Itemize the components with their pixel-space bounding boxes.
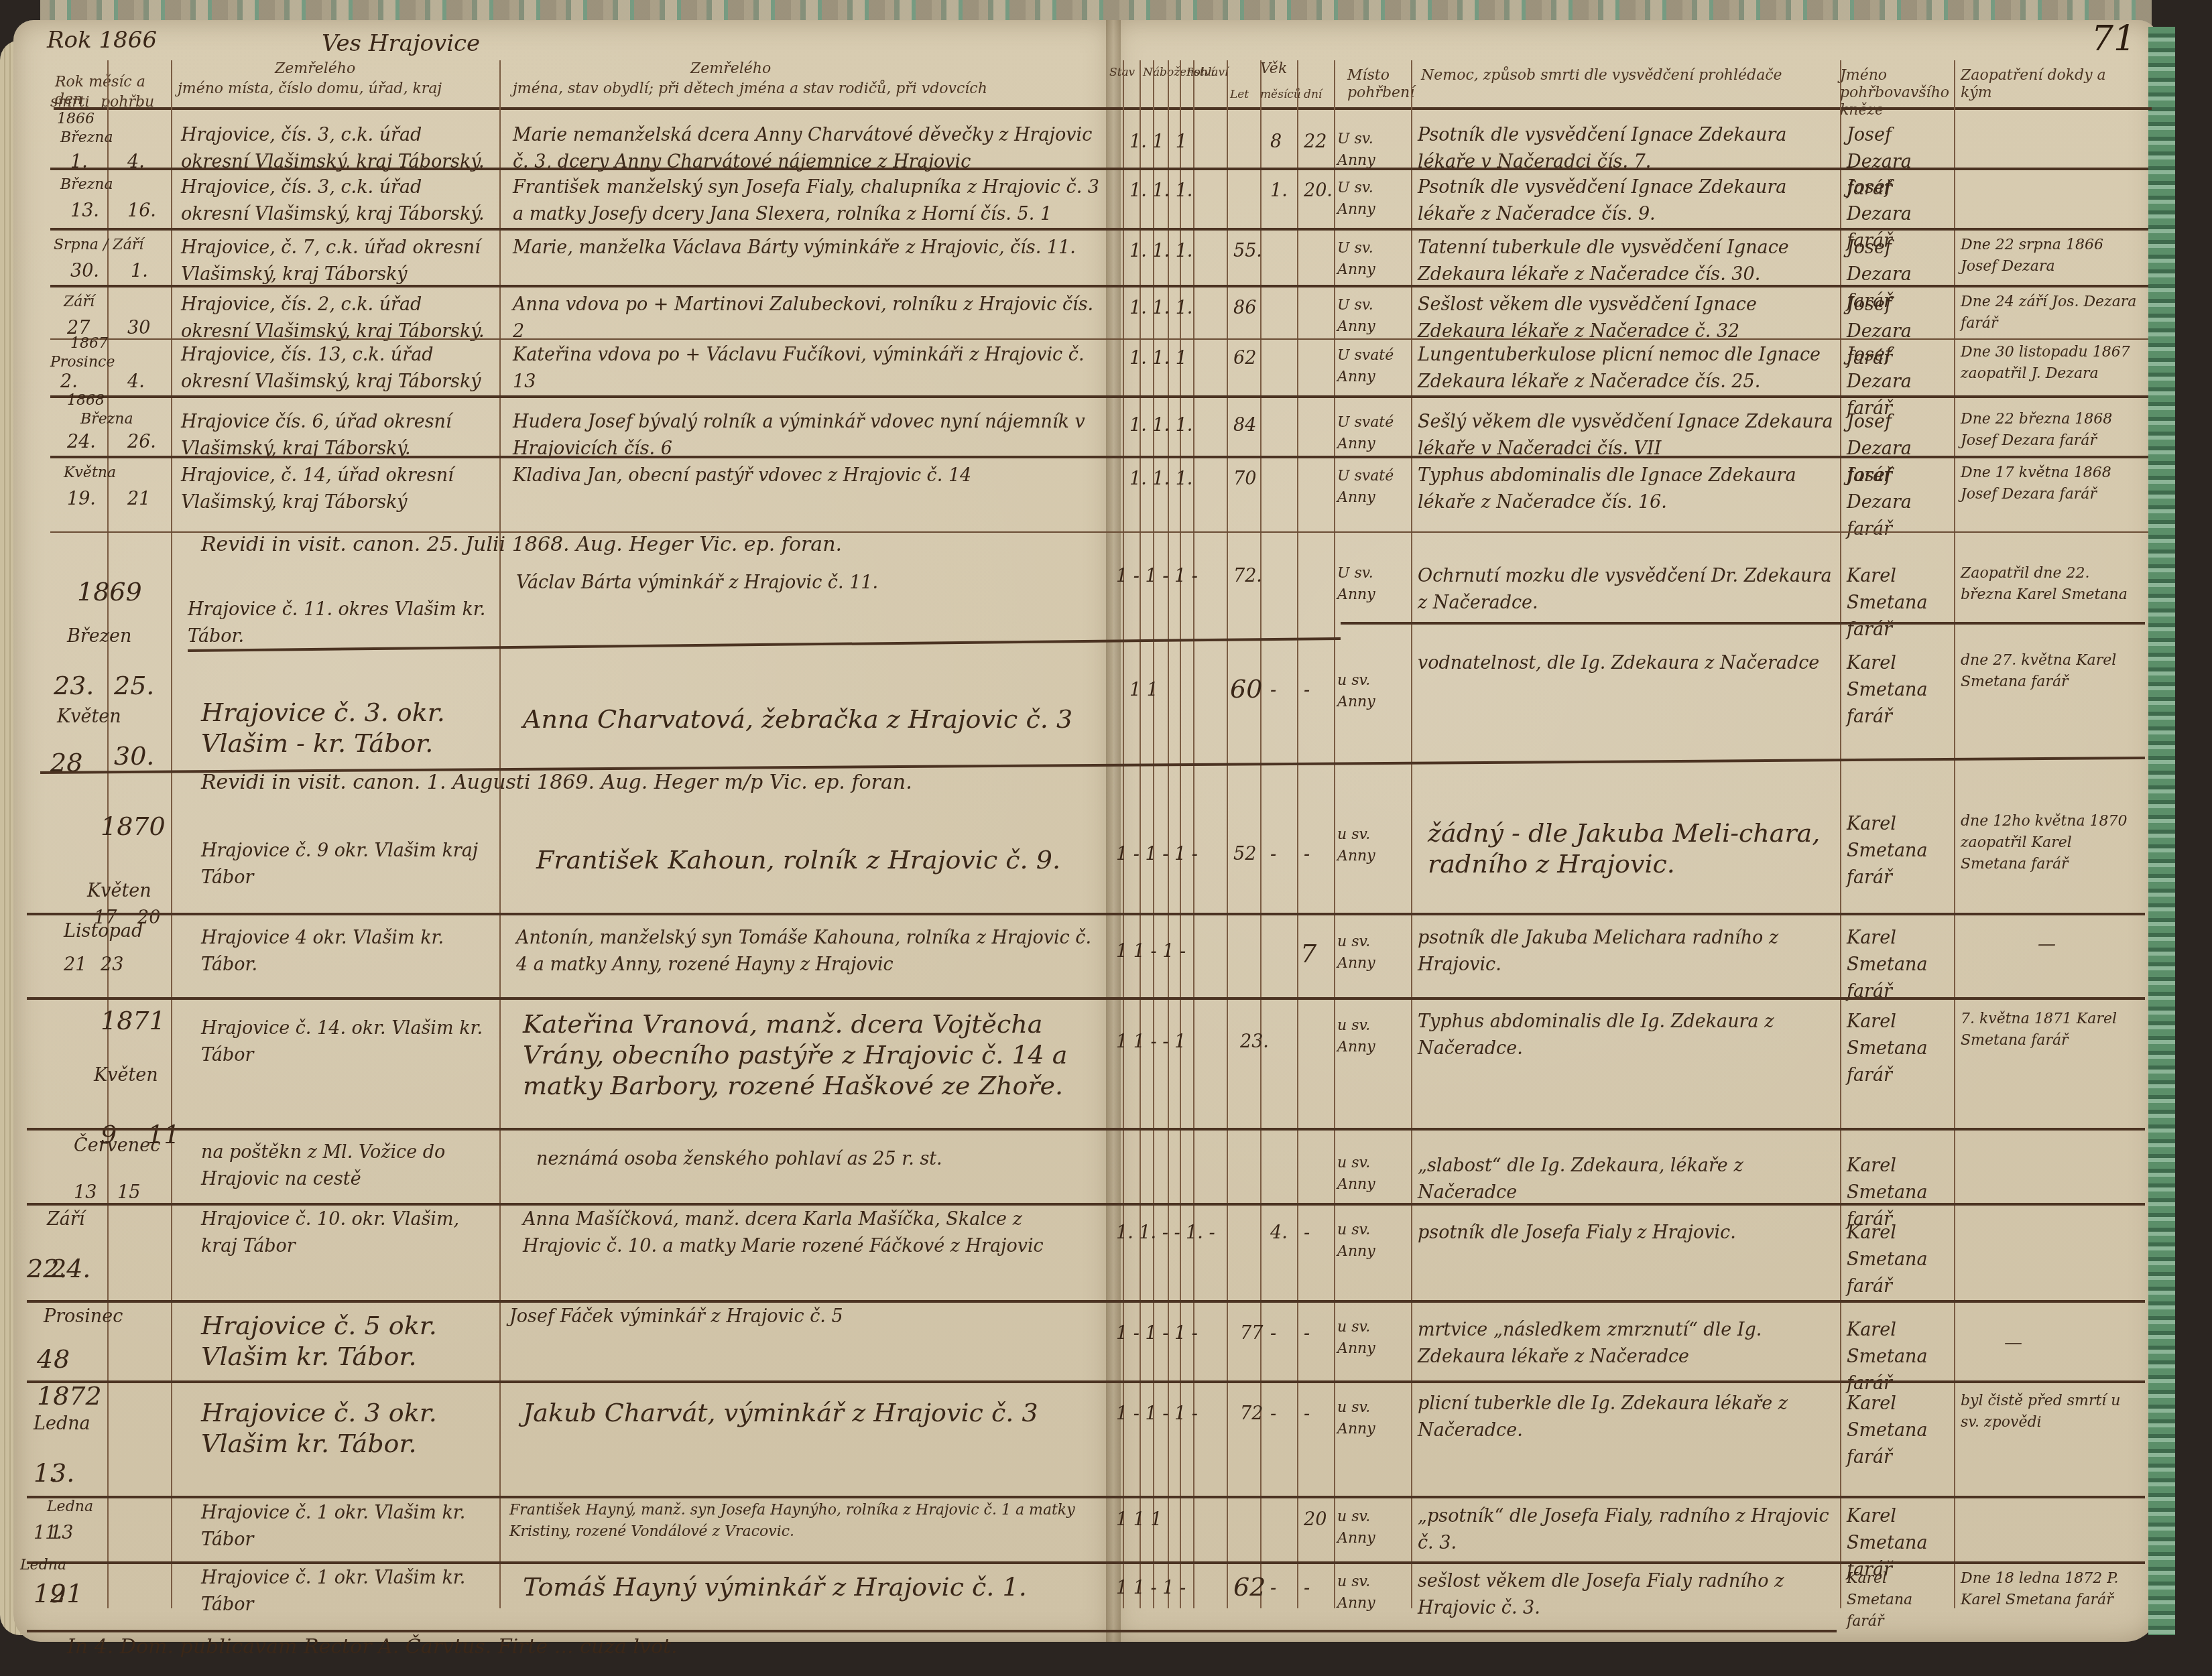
- row-rule: [27, 1380, 2145, 1383]
- entry-cause: Typhus abdominalis dle Ignace Zdekaura l…: [1418, 462, 1833, 516]
- entry-marks: 1 1 - - 1: [1116, 1029, 1186, 1055]
- entry-name: Václav Bárta výminkář z Hrajovic č. 11.: [516, 570, 1099, 596]
- entry-cause: plicní tuberkle dle Ig. Zdekaura lékaře …: [1418, 1391, 1833, 1444]
- entry-marks: 1 - 1 - 1 -: [1116, 1320, 1198, 1347]
- entry-marks: 1 1 1: [1116, 1506, 1162, 1533]
- entry-burial-place: u sv. Anny: [1337, 1015, 1404, 1058]
- entry-death-day: 24.: [67, 429, 96, 456]
- village-heading: Ves Hrajovice: [322, 30, 480, 57]
- entry-burial-place: U sv. Anny: [1337, 295, 1411, 338]
- header-name-group: Zemřelého: [690, 60, 771, 78]
- entry-marks: 1. 1. 1.: [1129, 238, 1192, 265]
- entry-age-days: 20.: [1304, 178, 1333, 204]
- entry-year: 1872: [37, 1380, 102, 1411]
- header-age-years: Let: [1230, 86, 1249, 103]
- entry-priest: Josef Dezara farář: [1847, 462, 1954, 543]
- row-rule: [50, 228, 2148, 231]
- col-rule-age-months: [1260, 60, 1262, 1608]
- entry-burial-place: U sv. Anny: [1337, 129, 1411, 172]
- entry-age-years: 62: [1233, 1571, 1266, 1602]
- year-label: Rok 1866: [47, 27, 157, 54]
- entry-sacraments: Dne 24 září Jos. Dezara farář: [1961, 292, 2142, 334]
- entry-month: Března: [80, 409, 133, 430]
- entry-place: Hrajovice 4 okr. Vlašim kr. Tábor.: [201, 925, 496, 978]
- col-rule-place: [499, 60, 501, 1608]
- page-number: 71: [2091, 19, 2136, 59]
- entry-age-days: 20: [1304, 1506, 1327, 1533]
- entry-name: František manželský syn Josefa Fialy, ch…: [513, 174, 1103, 228]
- entry-place: Hrajovice č. 1 okr. Vlašim kr. Tábor: [201, 1500, 496, 1553]
- entry-name: František Kahoun, rolník z Hrajovic č. 9…: [536, 844, 1099, 875]
- footer-note: In 4. Dom. publicavam Rector A. Čarvtus.…: [67, 1635, 678, 1659]
- entry-month: Března: [60, 174, 113, 196]
- entry-month: Květen: [94, 1062, 158, 1089]
- entry-marks: 1 - 1 - 1 -: [1116, 841, 1198, 868]
- entry-cause: žádný - dle Jakuba Meli-chara, radního z…: [1428, 818, 1830, 879]
- entry-age-months: 1.: [1270, 178, 1288, 204]
- entry-cause: Sešlost věkem dle vysvědčení Ignace Zdek…: [1418, 292, 1833, 345]
- entry-marks: 1. 1. 1.: [1129, 412, 1192, 439]
- entry-cause: psotník dle Jakuba Melichara radního z H…: [1418, 925, 1833, 978]
- entry-age-months: -: [1270, 1320, 1276, 1347]
- header-rule: [54, 107, 2152, 110]
- entry-priest: Karel Smetana farář: [1847, 650, 1954, 730]
- entry-burial-place: U svaté Anny: [1337, 345, 1411, 388]
- entry-burial-place: u sv. Anny: [1337, 1153, 1404, 1196]
- entry-burial-place: U svaté Anny: [1337, 412, 1411, 455]
- row-rule: [27, 1203, 2145, 1206]
- entry-age-years: 72.: [1233, 563, 1262, 590]
- entry-cause: „psotník“ dle Josefa Fialy, radního z Hr…: [1418, 1503, 1833, 1557]
- entry-cause: psotník dle Josefa Fialy z Hrajovic.: [1418, 1220, 1833, 1246]
- entry-place: Hrajovice č. 5 okr. Vlašim kr. Tábor.: [201, 1310, 496, 1372]
- col-rule-age-days: [1297, 60, 1298, 1608]
- row-rule: [27, 1300, 2145, 1303]
- entry-burial-day: 1.: [131, 258, 148, 285]
- entry-burial-day: 23: [101, 952, 123, 978]
- entry-month: Března: [60, 127, 113, 149]
- entry-cause: Sešlý věkem dle vysvědčení Ignace Zdekau…: [1418, 409, 1833, 462]
- col-rule-religion-c: [1168, 60, 1169, 1608]
- entry-cause: Psotník dle vysvědčení Ignace Zdekaura l…: [1418, 174, 1833, 228]
- entry-age-years: 77: [1240, 1320, 1263, 1347]
- visitation-note-1869: Revidi in visit. canon. 1. Augusti 1869.…: [201, 771, 912, 794]
- col-rule-burial: [171, 60, 172, 1608]
- entry-burial-day: 8: [54, 1344, 70, 1374]
- entry-sacraments: Dne 18 ledna 1872 P. Karel Smetana farář: [1961, 1568, 2142, 1611]
- entry-name: Marie, manželka Václava Bárty výminkáře …: [513, 235, 1103, 261]
- entry-priest: Karel Smetana farář: [1847, 1317, 1954, 1397]
- entry-place: Hrajovice č. 11. okres Vlašim kr. Tábor.: [188, 596, 489, 650]
- row-rule: [50, 338, 2148, 340]
- col-rule-priest: [1840, 60, 1841, 1608]
- entry-sacraments: Dne 17 května 1868 Josef Dezara farář: [1961, 462, 2142, 505]
- entry-age-days: -: [1304, 841, 1310, 868]
- entry-sacraments: —: [2038, 931, 2056, 958]
- entry-marks: 1 1: [1129, 677, 1158, 704]
- entry-marks: 1 - 1 - 1 -: [1116, 563, 1198, 590]
- entry-month: Září: [47, 1206, 84, 1233]
- entry-burial-day: 15: [117, 1179, 140, 1206]
- entry-sacraments: Dne 22 března 1868 Josef Dezara farář: [1961, 409, 2142, 452]
- entry-month: Listopad: [64, 918, 143, 945]
- entry-cause: Typhus abdominalis dle Ig. Zdekaura z Na…: [1418, 1009, 1833, 1062]
- entry-marks: 1. 1. 1: [1129, 345, 1187, 372]
- row-rule: [27, 1561, 2145, 1564]
- entry-age-months: -: [1270, 677, 1276, 704]
- row-rule: [27, 913, 2145, 915]
- entry-name: František Hayný, manž. syn Josefa Haynýh…: [509, 1500, 1099, 1543]
- entry-sacraments: —: [2004, 1330, 2022, 1357]
- entry-sacraments: dne 27. května Karel Smetana farář: [1961, 650, 2142, 693]
- entry-month: Ledna: [34, 1411, 90, 1437]
- header-place: jméno místa, číslo domu, úřad, kraj: [178, 80, 486, 98]
- entry-burial-day: 21: [127, 486, 150, 513]
- col-rule-age-years: [1227, 60, 1228, 1608]
- entry-month: Ledna: [47, 1496, 93, 1518]
- visitation-note-1868: Revidi in visit. canon. 25. Julii 1868. …: [201, 533, 842, 556]
- header-name: jména, stav obydlí; při dětech jména a s…: [513, 80, 1103, 98]
- entry-sacraments: 7. května 1871 Karel Smetana farář: [1961, 1009, 2142, 1051]
- entry-death-day: 13: [74, 1179, 97, 1206]
- entry-place: Hrajovice č. 10. okr. Vlašim, kraj Tábor: [201, 1206, 496, 1260]
- entry-age-months: -: [1270, 1401, 1276, 1427]
- entry-priest: Karel Smetana farář: [1847, 1568, 1954, 1632]
- entry-cause: mrtvice „následkem zmrznutí“ dle Ig. Zde…: [1418, 1317, 1833, 1370]
- entry-sacraments: Dne 30 listopadu 1867 zaopatřil J. Dezar…: [1961, 342, 2142, 385]
- col-rule-religion-a: [1140, 60, 1141, 1608]
- entry-marks: 1. 1. 1.: [1129, 295, 1192, 322]
- entry-burial-place: U sv. Anny: [1337, 178, 1411, 220]
- entry-marks: 1. 1 1: [1129, 129, 1187, 155]
- col-rule-religion-b: [1153, 60, 1154, 1608]
- entry-priest: Karel Smetana farář: [1847, 925, 1954, 1005]
- row-rule: [27, 1630, 1837, 1632]
- entry-age-years: 72: [1240, 1401, 1263, 1427]
- entry-month: Březen: [67, 623, 131, 650]
- header-burial-place: Místo pohřbení: [1347, 67, 1408, 102]
- row-rule: [27, 1496, 2145, 1498]
- entry-burial-day: 24.: [50, 1253, 90, 1284]
- entry-age-years: 86: [1233, 295, 1256, 322]
- entry-age-years: 62: [1233, 345, 1256, 372]
- entry-month: Květen: [87, 878, 151, 905]
- entry-age-months: -: [1270, 841, 1276, 868]
- entry-name: Antonín, manželský syn Tomáše Kahouna, r…: [516, 925, 1099, 978]
- entry-year: 1870: [101, 811, 166, 842]
- entry-place: Hrajovice, č. 14, úřad okresní Vlašimský…: [181, 462, 489, 516]
- entry-marks: 1. 1. - - 1. -: [1116, 1220, 1215, 1246]
- entry-burial-day: 26.: [127, 429, 156, 456]
- entry-age-days: 7: [1300, 938, 1316, 969]
- entry-place: na poštěkn z Ml. Vožice do Hrajovic na c…: [201, 1139, 496, 1193]
- entry-place: Hrajovice č. 1 okr. Vlašim kr. Tábor: [201, 1565, 496, 1618]
- entry-year: 1871: [101, 1005, 166, 1036]
- entry-age-years: 60: [1230, 673, 1262, 704]
- entry-sacraments: dne 12ho května 1870 zaopatřil Karel Sme…: [1961, 811, 2142, 875]
- entry-name: Anna Charvatová, žebračka z Hrajovic č. …: [523, 704, 1099, 734]
- entry-age-days: -: [1304, 1320, 1310, 1347]
- entry-age-days: -: [1304, 1575, 1310, 1602]
- col-rule-cause: [1411, 60, 1412, 1608]
- entry-cause: vodnatelnost, dle Ig. Zdekaura z Načerad…: [1418, 650, 1833, 677]
- entry-burial-place: U sv. Anny: [1337, 563, 1404, 606]
- col-rule-sacraments: [1954, 60, 1955, 1608]
- entry-place: Hrajovice čís. 6, úřad okresní Vlašimský…: [181, 409, 489, 462]
- entry-death-day: 30.: [70, 258, 99, 285]
- entry-month: Prosinec: [44, 1303, 123, 1330]
- header-cause: Nemoc, způsob smrti dle vysvědčení prohl…: [1421, 67, 1837, 84]
- entry-age-years: 84: [1233, 412, 1256, 439]
- entry-place: Hrajovice č. 9 okr. Vlašim kraj Tábor: [201, 838, 496, 891]
- entry-death-day: 21: [64, 952, 86, 978]
- entry-name: neznámá osoba ženského pohlaví as 25 r. …: [536, 1146, 1099, 1173]
- entry-age-days: -: [1304, 677, 1310, 704]
- entry-marks: 1. 1. 1.: [1129, 178, 1192, 204]
- entry-place: Hrajovice, č. 7, c.k. úřad okresní Vlaši…: [181, 235, 489, 288]
- entry-burial-place: u sv. Anny: [1337, 1220, 1404, 1263]
- entry-age-months: -: [1270, 1575, 1276, 1602]
- header-place-group: Zemřelého: [275, 60, 355, 78]
- entry-place: Hrajovice, čís. 2, c.k. úřad okresní Vla…: [181, 292, 489, 345]
- entry-death-day: 13.: [70, 198, 99, 224]
- entry-burial-place: u sv. Anny: [1337, 1571, 1404, 1614]
- entry-month: Srpna / Září: [54, 235, 143, 256]
- col-rule-sex-a: [1180, 60, 1181, 1608]
- entry-name: Hudera Josef bývalý rolník a výminkář vd…: [513, 409, 1103, 462]
- entry-sacraments: Dne 22 srpna 1866 Josef Dezara: [1961, 235, 2142, 277]
- entry-cause: Ochrnutí mozku dle vysvědčení Dr. Zdekau…: [1418, 563, 1833, 617]
- entry-burial-day: 13: [50, 1520, 73, 1547]
- col-rule-sex-b: [1193, 60, 1194, 1608]
- entry-marks: 1 1 - 1 -: [1116, 938, 1186, 965]
- entry-name: Jakub Charvát, výminkář z Hrajovic č. 3: [523, 1397, 1099, 1428]
- entry-age-months: 4.: [1270, 1220, 1288, 1246]
- entry-priest: Karel Smetana farář: [1847, 1009, 1954, 1089]
- entry-month: Května: [64, 462, 116, 484]
- entry-place: Hrajovice, čís. 13, c.k. úřad okresní Vl…: [181, 342, 489, 395]
- entry-name: Kateřina vdova po + Václavu Fučíkovi, vý…: [513, 342, 1103, 395]
- row-rule: [27, 1128, 2145, 1131]
- entry-death-day: 23.: [54, 670, 94, 701]
- entry-cause: sešlost věkem dle Josefa Fialy radního z…: [1418, 1568, 1833, 1622]
- row-rule: [1341, 622, 2145, 625]
- entry-age-years: 55.: [1233, 238, 1262, 265]
- row-rule: [27, 997, 2145, 1000]
- entry-cause: Tatenní tuberkule dle vysvědčení Ignace …: [1418, 235, 1833, 288]
- header-sacraments: Zaopatření dokdy a kým: [1961, 67, 2142, 102]
- entry-place: Hrajovice, čís. 3, c.k. úřad okresní Vla…: [181, 174, 489, 228]
- header-priest: Jméno pohřbovavšího kněze: [1840, 67, 1954, 119]
- entry-priest: Karel Smetana farář: [1847, 1391, 1954, 1471]
- entry-age-days: -: [1304, 1401, 1310, 1427]
- entry-marks: 1. 1. 1.: [1129, 466, 1192, 493]
- entry-age-days: 22: [1304, 129, 1327, 155]
- entry-name: Tomáš Hayný výminkář z Hrajovic č. 1.: [523, 1571, 1099, 1602]
- header-age-days: dní: [1304, 86, 1322, 103]
- entry-death-day: 1.: [70, 149, 88, 176]
- entry-burial-day: 21: [50, 1578, 82, 1609]
- entry-age-days: -: [1304, 1220, 1310, 1246]
- header-age-months: měsíců: [1260, 86, 1301, 103]
- header-age: Věk: [1260, 60, 1287, 78]
- entry-burial-day: 30.: [114, 740, 154, 771]
- entry-burial-day: 30: [127, 315, 150, 342]
- entry-month: Květen: [57, 704, 121, 730]
- entry-marks: 1 - 1 - 1 -: [1116, 1401, 1198, 1427]
- col-rule-status: [1123, 60, 1124, 1608]
- entry-name: Kateřina Vranová, manž. dcera Vojtěcha V…: [523, 1009, 1099, 1101]
- right-page-edges: [2148, 27, 2175, 1635]
- entry-death-day: 4: [37, 1344, 53, 1374]
- entry-place: Hrajovice č. 14. okr. Vlašim kr. Tábor: [201, 1015, 496, 1069]
- entry-burial-place: u sv. Anny: [1337, 824, 1404, 867]
- entry-age-years: 52: [1233, 841, 1256, 868]
- entry-month: Září: [64, 292, 95, 313]
- entry-name: Kladiva Jan, obecní pastýř vdovec z Hraj…: [513, 462, 1103, 489]
- entry-burial-place: U sv. Anny: [1337, 238, 1411, 281]
- col-rule-burial-place: [1334, 60, 1335, 1608]
- row-rule: [50, 285, 2148, 287]
- entry-burial-place: U svaté Anny: [1337, 466, 1411, 509]
- entry-sacraments: byl čistě před smrtí u sv. zpovědi: [1961, 1391, 2142, 1433]
- entry-age-years: 70: [1233, 466, 1256, 493]
- entry-place: Hrajovice č. 3 okr. Vlašim kr. Tábor.: [201, 1397, 496, 1459]
- row-rule: [50, 168, 2148, 170]
- entry-burial-place: u sv. Anny: [1337, 670, 1404, 713]
- row-rule: [50, 395, 2148, 398]
- entry-burial-place: u sv. Anny: [1337, 931, 1404, 974]
- entry-burial-day: 4.: [127, 369, 145, 395]
- entry-age-months: 8: [1270, 129, 1282, 155]
- entry-cause: Lungentuberkulose plicní nemoc dle Ignac…: [1418, 342, 1833, 395]
- entry-burial-day: 25.: [114, 670, 154, 701]
- entry-priest: Karel Smetana farář: [1847, 563, 1954, 643]
- entry-priest: Karel Smetana farář: [1847, 811, 1954, 891]
- entry-sacraments: Zaopatřil dne 22. března Karel Smetana: [1961, 563, 2142, 606]
- entry-marks: 1 1 - 1 -: [1116, 1575, 1186, 1602]
- entry-burial-day: 4.: [127, 149, 145, 176]
- entry-name: Anna vdova po + Martinovi Zalubeckovi, r…: [513, 292, 1103, 345]
- entry-priest: Karel Smetana farář: [1847, 1220, 1954, 1300]
- book-gutter: [1106, 20, 1121, 1642]
- entry-name: Josef Fáček výminkář z Hrajovic č. 5: [509, 1303, 1099, 1330]
- entry-name: Anna Mašíčková, manž. dcera Karla Mašíčk…: [523, 1206, 1099, 1260]
- entry-burial-day: 3.: [50, 1458, 74, 1488]
- register-book: 71 Rok 1866 Ves Hrajovice Rok měsíc a de…: [0, 0, 2212, 1676]
- entry-year: 1869: [77, 576, 142, 607]
- entry-burial-place: u sv. Anny: [1337, 1317, 1404, 1360]
- entry-place: Hrajovice č. 3. okr. Vlašim - kr. Tábor.: [201, 697, 489, 759]
- entry-burial-place: u sv. Anny: [1337, 1506, 1404, 1549]
- entry-month: Ledna: [20, 1555, 66, 1576]
- entry-month: Červenec: [74, 1133, 160, 1159]
- entry-age-years: 23.: [1240, 1029, 1269, 1055]
- entry-burial-place: u sv. Anny: [1337, 1397, 1404, 1440]
- row-rule: [50, 456, 2148, 458]
- entry-burial-day: 16.: [127, 198, 156, 224]
- entry-death-day: 19.: [67, 486, 96, 513]
- entry-cause: „slabost“ dle Ig. Zdekaura, lékaře z Nač…: [1418, 1153, 1833, 1206]
